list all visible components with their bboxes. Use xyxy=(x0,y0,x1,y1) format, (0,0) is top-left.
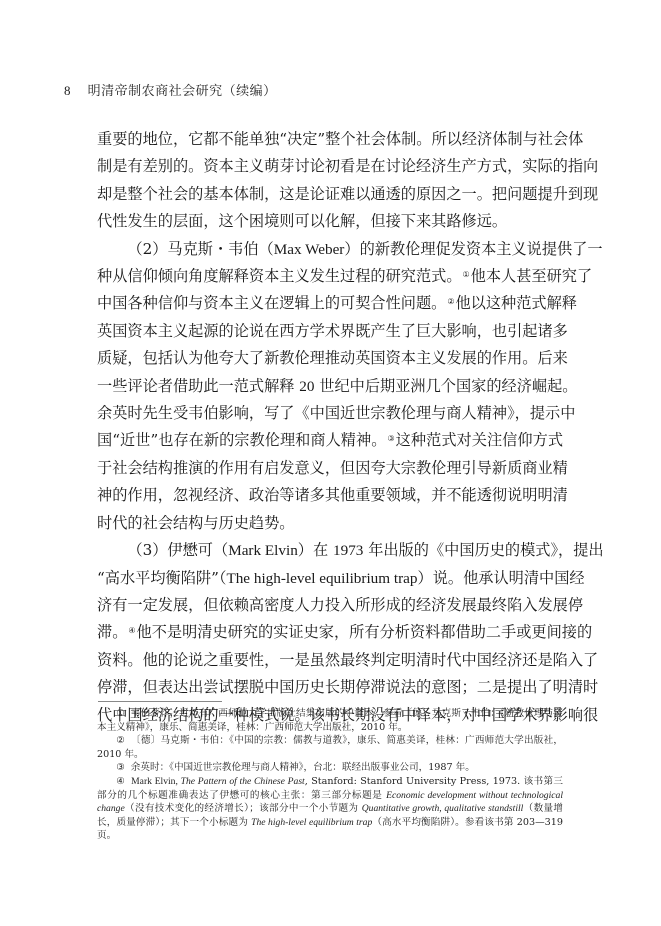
text-line: 国“近世”也存在新的宗教伦理和商人精神。③这种范式对关注信仰方式 xyxy=(97,427,563,454)
running-head: 8 明清帝制农商社会研究（续编） xyxy=(64,80,277,99)
footnote-mark: ③ xyxy=(116,762,125,773)
text-line: 余英时先生受韦伯影响，写了《中国近世宗教伦理与商人精神》，提示中 xyxy=(97,400,563,427)
footnote-4: ④Mark Elvin, The Pattern of the Chinese … xyxy=(97,775,563,843)
latin-term: Max Weber xyxy=(274,241,345,258)
body-text: 重要的地位，它都不能单独“决定”整个社会体制。所以经济体制与社会体 制是有差别的… xyxy=(97,126,563,729)
text-line: “高水平均衡陷阱”（The high-level equilibrium tra… xyxy=(97,565,563,592)
text-line: （3）伊懋可（Mark Elvin）在 1973 年出版的《中国历史的模式》，提… xyxy=(97,537,563,564)
text-line: 代性发生的层面，这个困境则可以化解，但接下来其路修远。 xyxy=(97,208,563,235)
text-line: 制是有差别的。资本主义萌芽讨论初看是在讨论经济生产方式，实际的指向 xyxy=(97,153,563,180)
text-line: 重要的地位，它都不能单独“决定”整个社会体制。所以经济体制与社会体 xyxy=(97,126,563,153)
footnote-mark: ② xyxy=(116,735,125,746)
footnote-ref-1[interactable]: ① xyxy=(463,270,470,279)
footnote-2: ②〔德〕马克斯・韦伯：《中国的宗教：儒教与道教》，康乐、简惠美译，桂林：广西师范… xyxy=(97,734,563,761)
text-line: 滞。④他不是明清史研究的实证史家，所有分析资料都借助二手或更间接的 xyxy=(97,619,563,646)
text-line: 却是整个社会的基本体制，这是论证难以通透的原因之一。把问题提升到现 xyxy=(97,181,563,208)
page-number: 8 xyxy=(64,83,71,98)
italic-title: Quantitative growth, qualitative standst… xyxy=(362,803,524,814)
text-line: 一些评论者借助此一范式解释 20 世纪中后期亚洲几个国家的经济崛起。 xyxy=(97,373,563,400)
footnote-ref-3[interactable]: ③ xyxy=(387,434,394,443)
italic-title: The Pattern of the Chinese Past xyxy=(181,776,305,787)
text-line: 种从信仰倾向角度解释资本主义发生过程的研究范式。①他本人甚至研究了 xyxy=(97,263,563,290)
text-line: 中国各种信仰与资本主义在逻辑上的可契合性问题。②他以这种范式解释 xyxy=(97,290,563,317)
text-line: 质疑，包括认为他夸大了新教伦理推动英国资本主义发展的作用。后来 xyxy=(97,345,563,372)
footnote-divider xyxy=(98,701,222,702)
italic-title: The high-level equilibrium trap xyxy=(251,817,372,828)
text-line: 于社会结构推演的作用有启发意义，但因夸大宗教伦理引导新质商业精 xyxy=(97,455,563,482)
footnote-ref-4[interactable]: ④ xyxy=(128,626,135,635)
text-line: 济有一定发展，但依赖高密度人力投入所形成的经济发展最终陷入发展停 xyxy=(97,592,563,619)
text-line: 停滞，但表达出尝试摆脱中国历史长期停滞说法的意图；二是提出了明清时 xyxy=(97,674,563,701)
latin-term: The high-level equilibrium trap xyxy=(226,570,417,587)
footnote-1: ①韦伯著作，近年有广西师范大学出版社结集出版的中译本，参看〔德〕马克斯・韦伯：《… xyxy=(97,707,563,734)
text-line: 英国资本主义起源的论说在西方学术界既产生了巨大影响，也引起诸多 xyxy=(97,318,563,345)
footnote-ref-2[interactable]: ② xyxy=(447,297,454,306)
paragraph-1: 重要的地位，它都不能单独“决定”整个社会体制。所以经济体制与社会体 制是有差别的… xyxy=(97,126,563,236)
text-line: （2）马克斯・韦伯（Max Weber）的新教伦理促发资本主义说提供了一 xyxy=(97,236,563,263)
paragraph-2: （2）马克斯・韦伯（Max Weber）的新教伦理促发资本主义说提供了一 种从信… xyxy=(97,236,563,537)
footnote-mark: ① xyxy=(116,708,125,719)
text-line: 时代的社会结构与历史趋势。 xyxy=(97,510,563,537)
footnotes: ①韦伯著作，近年有广西师范大学出版社结集出版的中译本，参看〔德〕马克斯・韦伯：《… xyxy=(97,707,563,843)
footnote-mark: ④ xyxy=(116,776,125,787)
text-line: 资料。他的论说之重要性，一是虽然最终判定明清时代中国经济还是陷入了 xyxy=(97,647,563,674)
latin-term: Mark Elvin xyxy=(228,542,298,559)
book-title: 明清帝制农商社会研究（续编） xyxy=(88,84,277,99)
text-line: 神的作用，忽视经济、政治等诸多其他重要领域，并不能透彻说明明清 xyxy=(97,482,563,509)
footnote-3: ③余英时：《中国近世宗教伦理与商人精神》，台北：联经出版事业公司，1987 年。 xyxy=(97,761,563,775)
